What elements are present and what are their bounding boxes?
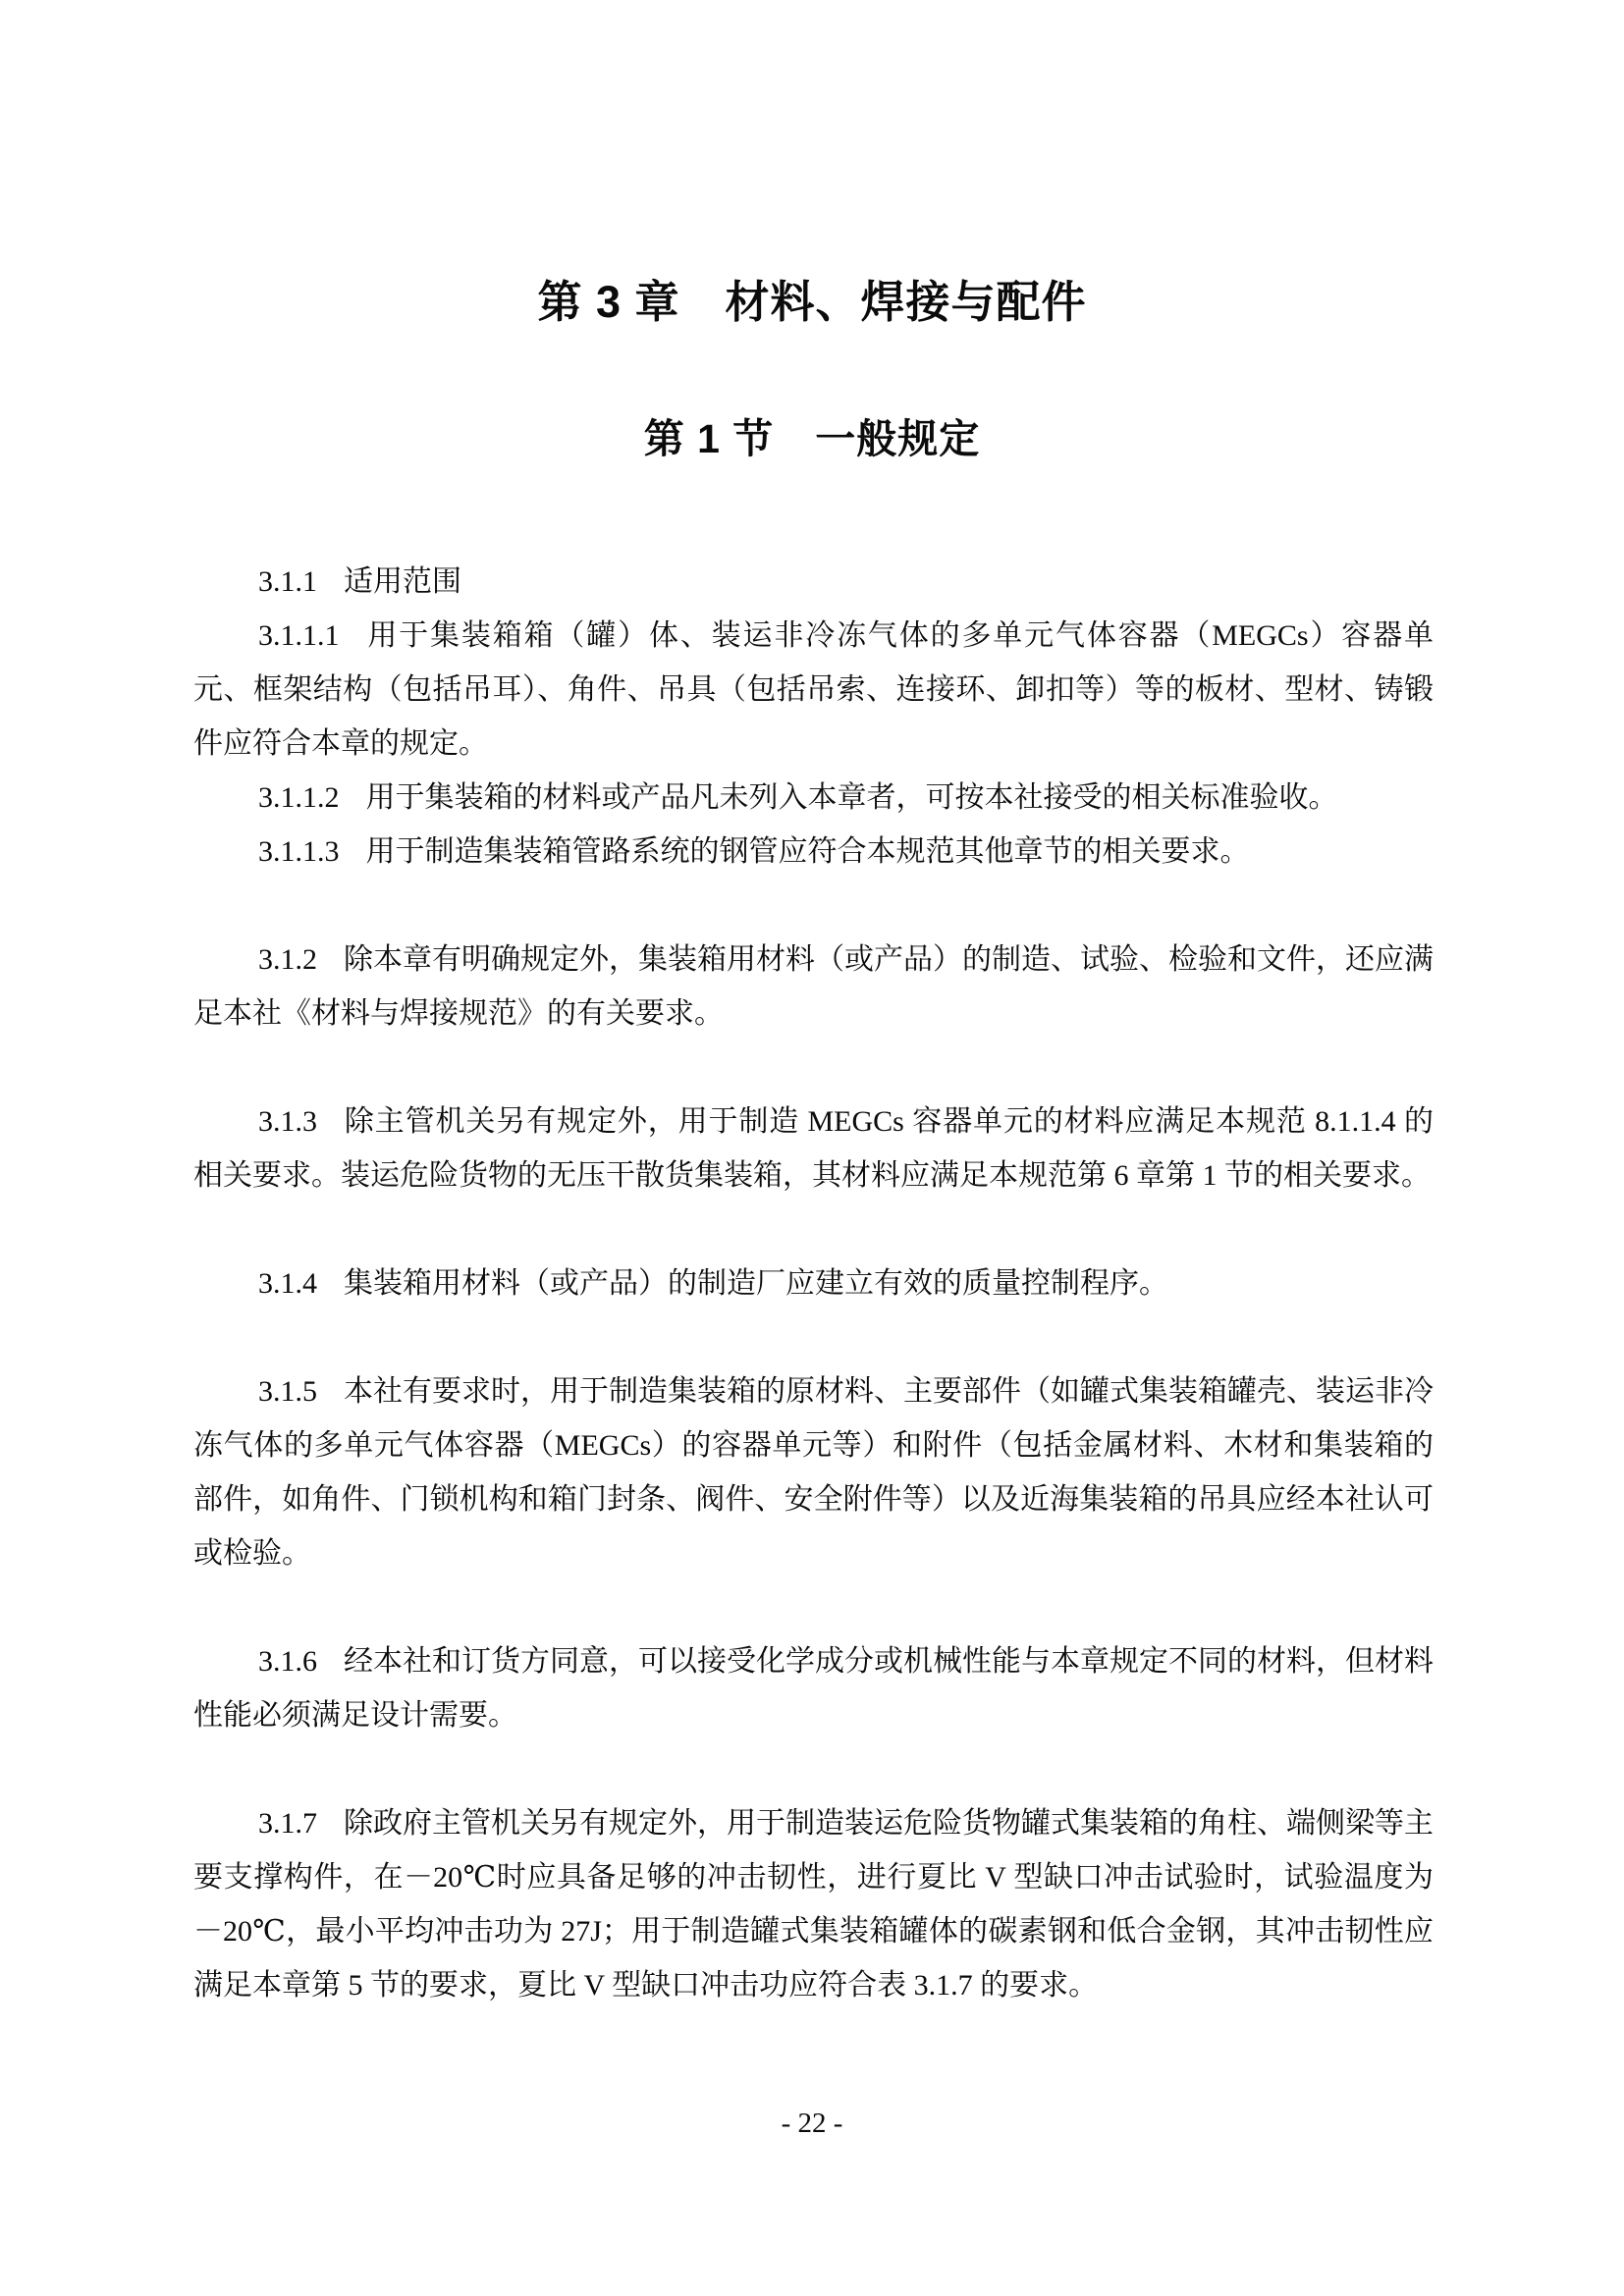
- document-page: 第 3 章 材料、焊接与配件 第 1 节 一般规定 3.1.1适用范围 3.1.…: [0, 0, 1624, 2296]
- paragraph-number: 3.1.1.1: [258, 619, 340, 652]
- paragraph-3-1-1: 3.1.1适用范围: [193, 555, 1434, 609]
- paragraph-number: 3.1.3: [258, 1105, 317, 1138]
- paragraph-text: 本社有要求时，用于制造集装箱的原材料、主要部件（如罐式集装箱罐壳、装运非冷冻气体…: [193, 1375, 1434, 1570]
- paragraph-text: 除主管机关另有规定外，用于制造 MEGCs 容器单元的材料应满足本规范 8.1.…: [193, 1105, 1434, 1192]
- paragraph-number: 3.1.1: [258, 565, 317, 598]
- section-title: 第 1 节 一般规定: [0, 415, 1624, 462]
- paragraph-number: 3.1.2: [258, 943, 317, 976]
- paragraph-text: 用于集装箱的材料或产品凡未列入本章者，可按本社接受的相关标准验收。: [366, 781, 1338, 814]
- paragraph-text: 经本社和订货方同意，可以接受化学成分或机械性能与本章规定不同的材料，但材料性能必…: [193, 1645, 1434, 1732]
- paragraph-3-1-1-2: 3.1.1.2用于集装箱的材料或产品凡未列入本章者，可按本社接受的相关标准验收。: [193, 771, 1434, 825]
- paragraph-text: 用于集装箱箱（罐）体、装运非冷冻气体的多单元气体容器（MEGCs）容器单元、框架…: [193, 619, 1434, 760]
- paragraph-number: 3.1.6: [258, 1645, 317, 1678]
- paragraph-3-1-1-3: 3.1.1.3用于制造集装箱管路系统的钢管应符合本规范其他章节的相关要求。: [193, 825, 1434, 879]
- paragraph-text: 除本章有明确规定外，集装箱用材料（或产品）的制造、试验、检验和文件，还应满足本社…: [193, 943, 1434, 1030]
- paragraph-3-1-3: 3.1.3除主管机关另有规定外，用于制造 MEGCs 容器单元的材料应满足本规范…: [193, 1095, 1434, 1202]
- page-number: - 22 -: [0, 2108, 1624, 2139]
- paragraph-number: 3.1.1.2: [258, 781, 340, 814]
- paragraph-text: 集装箱用材料（或产品）的制造厂应建立有效的质量控制程序。: [344, 1267, 1168, 1300]
- paragraph-3-1-4: 3.1.4集装箱用材料（或产品）的制造厂应建立有效的质量控制程序。: [193, 1256, 1434, 1310]
- paragraph-text: 用于制造集装箱管路系统的钢管应符合本规范其他章节的相关要求。: [366, 835, 1250, 868]
- paragraph-3-1-5: 3.1.5本社有要求时，用于制造集装箱的原材料、主要部件（如罐式集装箱罐壳、装运…: [193, 1364, 1434, 1580]
- paragraph-text: 除政府主管机关另有规定外，用于制造装运危险货物罐式集装箱的角柱、端侧梁等主要支撑…: [193, 1807, 1434, 2002]
- paragraph-number: 3.1.4: [258, 1267, 317, 1300]
- paragraph-number: 3.1.1.3: [258, 835, 340, 868]
- paragraph-number: 3.1.7: [258, 1807, 317, 1840]
- document-body: 3.1.1适用范围 3.1.1.1用于集装箱箱（罐）体、装运非冷冻气体的多单元气…: [0, 555, 1624, 2012]
- paragraph-3-1-2: 3.1.2除本章有明确规定外，集装箱用材料（或产品）的制造、试验、检验和文件，还…: [193, 933, 1434, 1041]
- paragraph-number: 3.1.5: [258, 1375, 317, 1408]
- paragraph-text: 适用范围: [344, 565, 461, 598]
- paragraph-3-1-1-1: 3.1.1.1用于集装箱箱（罐）体、装运非冷冻气体的多单元气体容器（MEGCs）…: [193, 609, 1434, 771]
- paragraph-3-1-6: 3.1.6经本社和订货方同意，可以接受化学成分或机械性能与本章规定不同的材料，但…: [193, 1634, 1434, 1742]
- paragraph-3-1-7: 3.1.7除政府主管机关另有规定外，用于制造装运危险货物罐式集装箱的角柱、端侧梁…: [193, 1796, 1434, 2012]
- chapter-title: 第 3 章 材料、焊接与配件: [0, 277, 1624, 328]
